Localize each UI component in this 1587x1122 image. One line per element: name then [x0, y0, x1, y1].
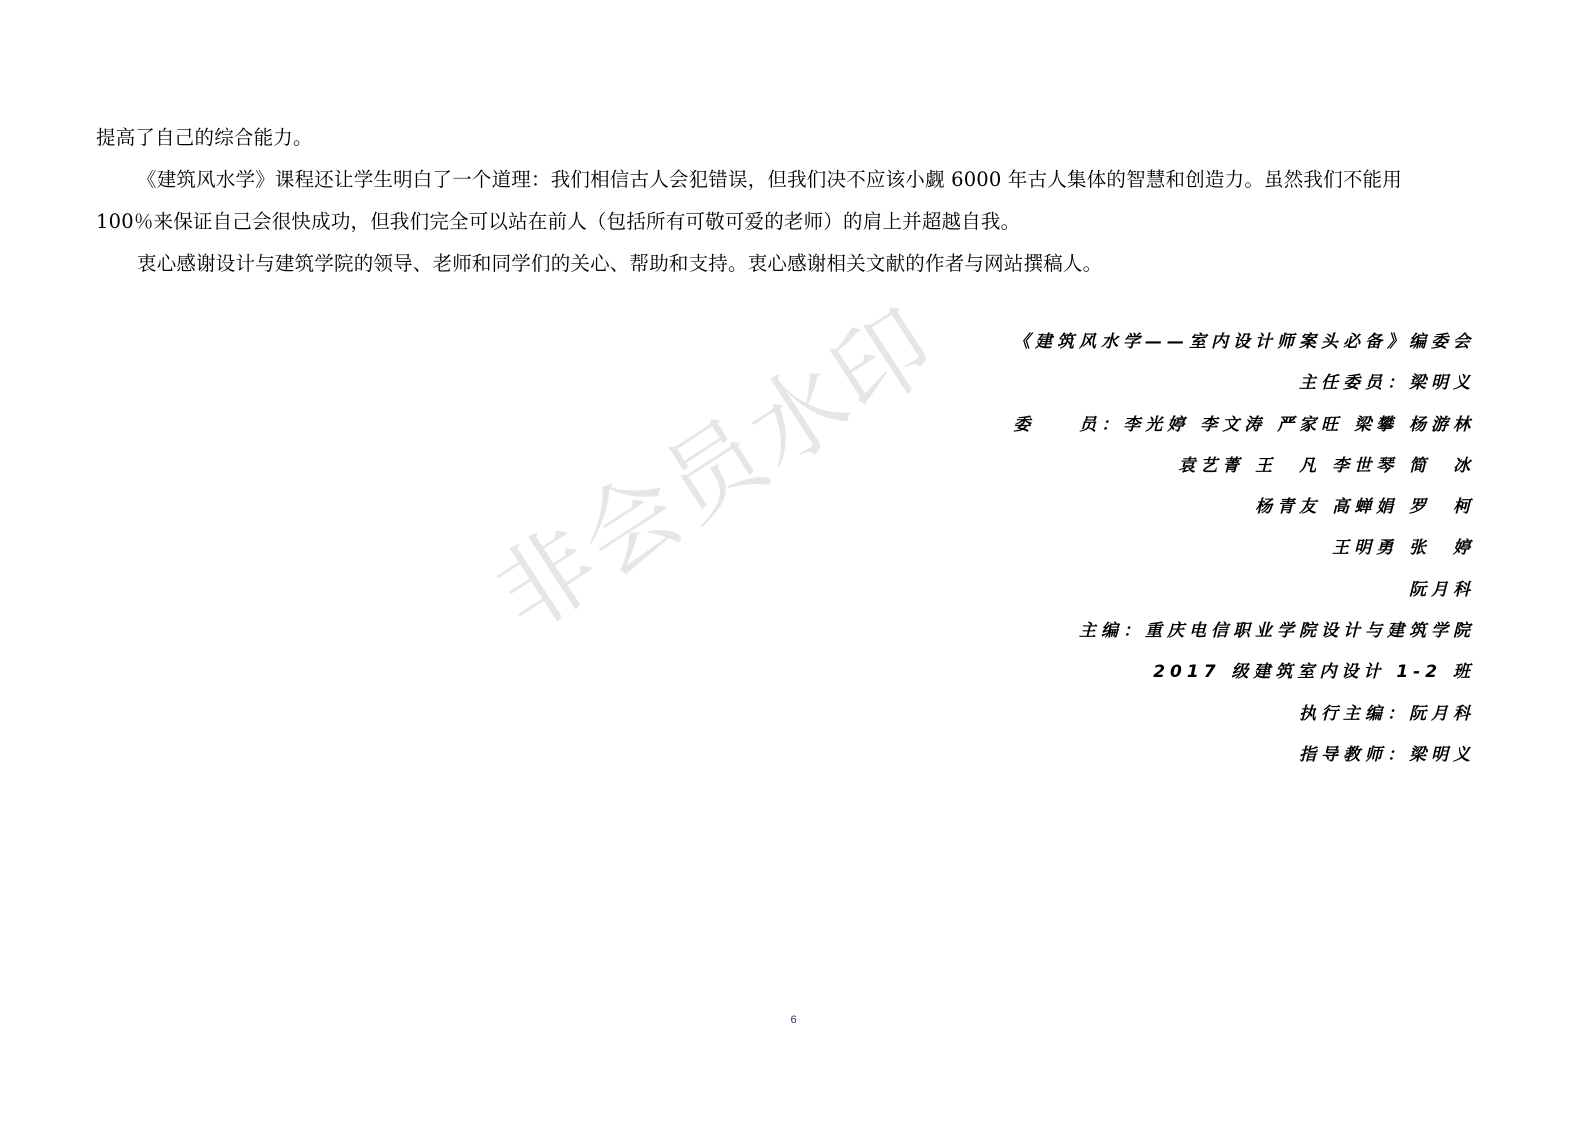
- credits-advisor: 指导教师：梁明义: [955, 735, 1475, 776]
- body-text: 提高了自己的综合能力。 《建筑风水学》课程还让学生明白了一个道理：我们相信古人会…: [96, 117, 1476, 285]
- paragraph-1-line-1: 提高了自己的综合能力。: [96, 117, 1476, 159]
- paragraph-3-line-1: 衷心感谢设计与建筑学院的领导、老师和同学们的关心、帮助和支持。衷心感谢相关文献的…: [96, 243, 1476, 285]
- page-number: 6: [0, 1014, 1587, 1026]
- credits-executive-editor: 执行主编：阮月科: [955, 694, 1475, 735]
- editorial-committee-credits: 《建筑风水学——室内设计师案头必备》编委会 主任委员：梁明义 委 员：李光婷 李…: [955, 322, 1475, 776]
- credits-title: 《建筑风水学——室内设计师案头必备》编委会: [955, 322, 1475, 363]
- paragraph-2-line-1: 《建筑风水学》课程还让学生明白了一个道理：我们相信古人会犯错误，但我们决不应该小…: [96, 159, 1476, 201]
- credits-members-line-1: 委 员：李光婷 李文涛 严家旺 梁攀 杨游林: [955, 405, 1475, 446]
- credits-members-line-5: 阮月科: [955, 570, 1475, 611]
- credits-members-line-4: 王明勇 张 婷: [955, 528, 1475, 569]
- credits-members-line-3: 杨青友 高蝉娟 罗 柯: [955, 487, 1475, 528]
- paragraph-2-line-2: 100％来保证自己会很快成功，但我们完全可以站在前人（包括所有可敬可爱的老师）的…: [96, 201, 1476, 243]
- document-page: 提高了自己的综合能力。 《建筑风水学》课程还让学生明白了一个道理：我们相信古人会…: [0, 0, 1587, 1122]
- credits-chief-editor-class: 2017 级建筑室内设计 1-2 班: [955, 652, 1475, 693]
- credits-members-line-2: 袁艺菁 王 凡 李世琴 简 冰: [955, 446, 1475, 487]
- watermark: 非会员水印: [465, 270, 959, 657]
- credits-chief-editor: 主编：重庆电信职业学院设计与建筑学院: [955, 611, 1475, 652]
- credits-director: 主任委员：梁明义: [955, 363, 1475, 404]
